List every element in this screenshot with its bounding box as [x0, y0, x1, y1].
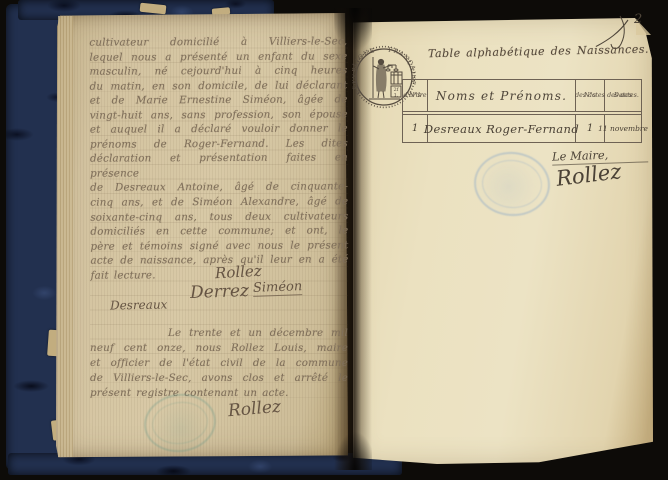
cell-act-date: 11 novembre [605, 115, 641, 142]
header-order-number: N°s d'ordre [403, 80, 428, 111]
act-line: prénoms de Roger-Fernand. Les dites [90, 136, 348, 152]
act-line: et de Marie Ernestine Siméon, âgée de [90, 93, 348, 109]
closing-line: et officier de l'état civil de la commun… [90, 356, 348, 371]
table-row: 1 Desreaux Roger-Fernand 1 11 novembre [403, 115, 641, 142]
act-line: soixante-cinq ans, tous deux cultivateur… [90, 209, 348, 225]
act-line: cultivateur domicilié à Villiers-le-Sec, [89, 34, 347, 50]
signature-derrez: Derrez [190, 281, 250, 303]
act-line: et auquel il a déclaré vouloir donner le [90, 122, 348, 138]
births-index-table: N°s d'ordre Noms et Prénoms. N°s des act… [402, 79, 642, 143]
closing-line: neuf cent onze, nous Rollez Louis, maire [90, 341, 348, 356]
birth-act-text: cultivateur domicilié à Villiers-le-Sec,… [89, 34, 348, 283]
act-line: de Desreaux Antoine, âgé de cinquante- [90, 180, 348, 196]
page-number: 2 [633, 12, 642, 27]
svg-text:1.: 1. [394, 93, 399, 99]
header-act-date: Dates des actes. [605, 80, 641, 111]
registry-scan: cultivateur domicilié à Villiers-le-Sec,… [0, 0, 668, 480]
register-closing-text: Le trente et un décembre mil neuf cent o… [90, 326, 348, 401]
act-line: masculin, né cejourd'hui à cinq heures [90, 63, 348, 79]
act-line: lequel nous a présenté un enfant du sexe [89, 49, 347, 65]
closing-line: de Villiers-le-Sec, avons clos et arrêté… [90, 371, 348, 386]
act-line: vingt-huit ans, sans profession, son épo… [90, 107, 348, 123]
signature-simeon: Siméon [253, 279, 303, 297]
act-line: domiciliés en cette commune; et ont, le [90, 223, 348, 239]
closing-line: Le trente et un décembre mil [90, 326, 348, 341]
svg-text:RÉPUBLIQUE: RÉPUBLIQUE [352, 47, 376, 96]
act-line: père et témoins signé avec nous le prése… [90, 238, 348, 254]
cell-name: Desreaux Roger-Fernand [428, 115, 576, 142]
table-header-row: N°s d'ordre Noms et Prénoms. N°s des act… [403, 80, 641, 112]
signature-desreaux: Desreaux [110, 298, 168, 313]
header-names: Noms et Prénoms. [428, 80, 576, 111]
signature-rollez-act: Rollez [215, 262, 263, 282]
header-act-number: N°s des actes [576, 80, 605, 111]
act-line: cinq ans, et de Siméon Alexandre, âgé de [90, 194, 348, 210]
left-page-edge-stack [58, 16, 73, 457]
act-line: du matin, en son domicile, de lui déclar… [90, 78, 348, 94]
closing-line: présent registre contenant un acte. [90, 386, 348, 401]
act-line: déclaration et présentation faites en pr… [90, 151, 348, 181]
